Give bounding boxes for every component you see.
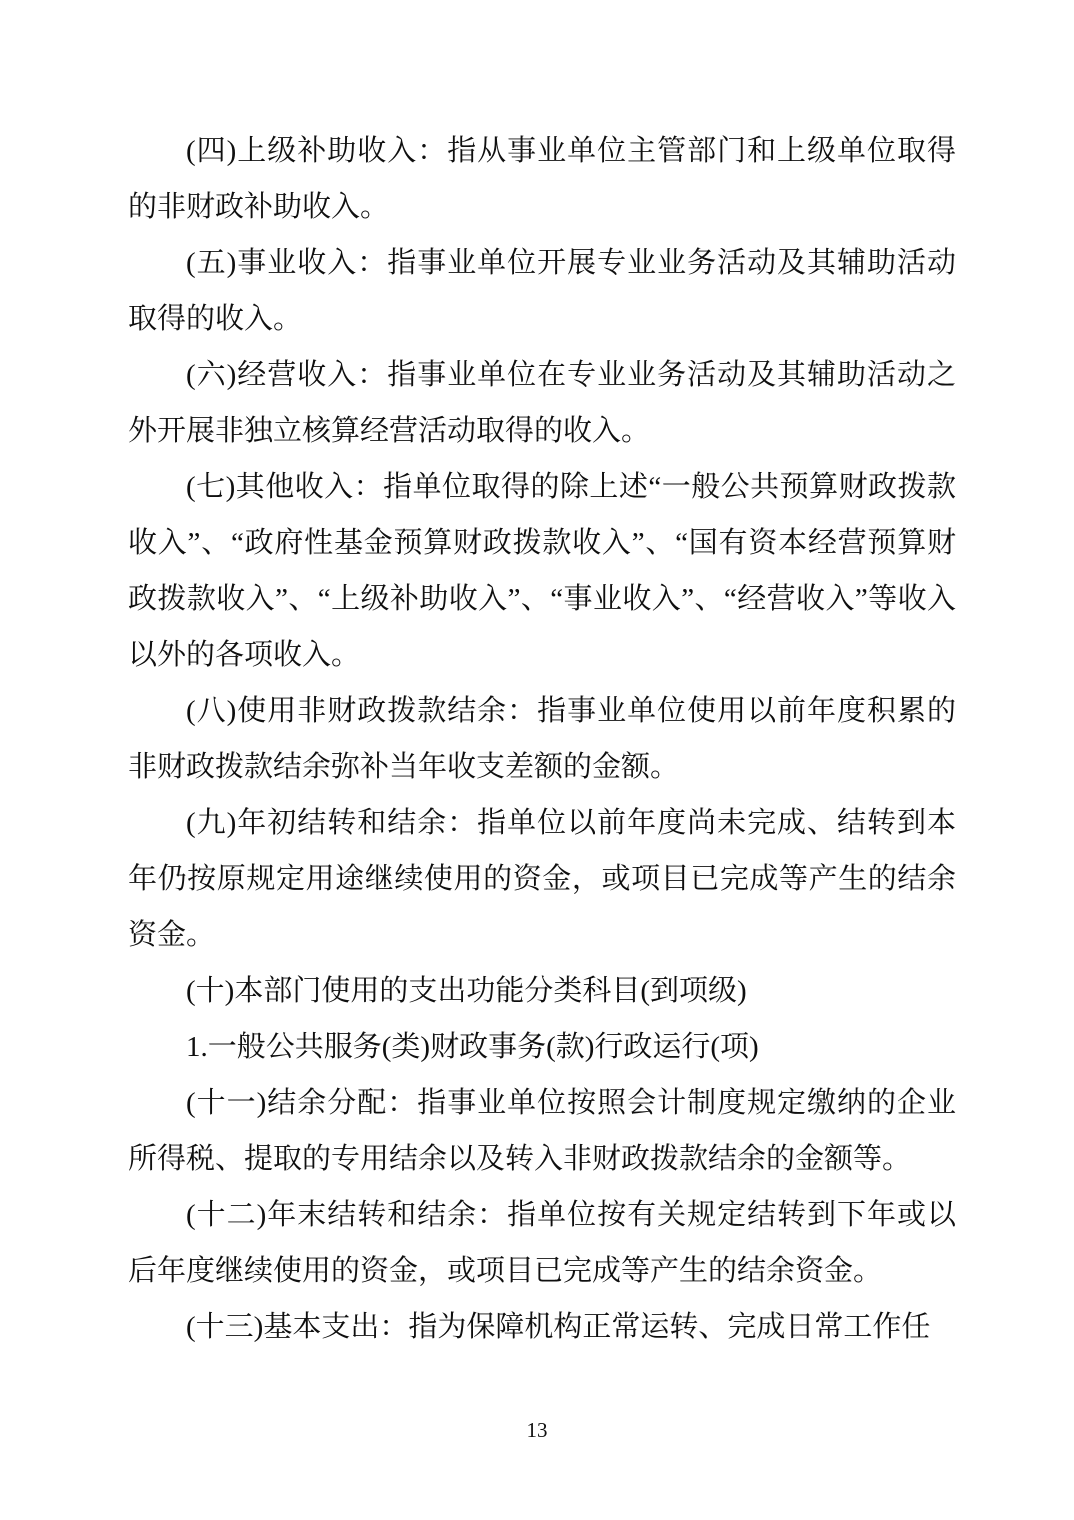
document-page: (四)上级补助收入：指从事业单位主管部门和上级单位取得的非财政补助收入。 (五)…: [0, 0, 1074, 1520]
paragraph: (八)使用非财政拨款结余：指事业单位使用以前年度积累的非财政拨款结余弥补当年收支…: [128, 683, 956, 795]
paragraph: (七)其他收入：指单位取得的除上述“一般公共预算财政拨款收入”、“政府性基金预算…: [128, 459, 956, 683]
document-body: (四)上级补助收入：指从事业单位主管部门和上级单位取得的非财政补助收入。 (五)…: [128, 123, 956, 1355]
paragraph: (十二)年末结转和结余：指单位按有关规定结转到下年或以后年度继续使用的资金，或项…: [128, 1187, 956, 1299]
paragraph: (六)经营收入：指事业单位在专业业务活动及其辅助活动之外开展非独立核算经营活动取…: [128, 347, 956, 459]
page-number: 13: [0, 1416, 1074, 1444]
paragraph: (四)上级补助收入：指从事业单位主管部门和上级单位取得的非财政补助收入。: [128, 123, 956, 235]
paragraph: (十)本部门使用的支出功能分类科目(到项级): [128, 963, 956, 1019]
paragraph: (十一)结余分配：指事业单位按照会计制度规定缴纳的企业所得税、提取的专用结余以及…: [128, 1075, 956, 1187]
paragraph: (九)年初结转和结余：指单位以前年度尚未完成、结转到本年仍按原规定用途继续使用的…: [128, 795, 956, 963]
paragraph: 1.一般公共服务(类)财政事务(款)行政运行(项): [128, 1019, 956, 1075]
paragraph: (十三)基本支出：指为保障机构正常运转、完成日常工作任: [128, 1299, 956, 1355]
paragraph: (五)事业收入：指事业单位开展专业业务活动及其辅助活动取得的收入。: [128, 235, 956, 347]
